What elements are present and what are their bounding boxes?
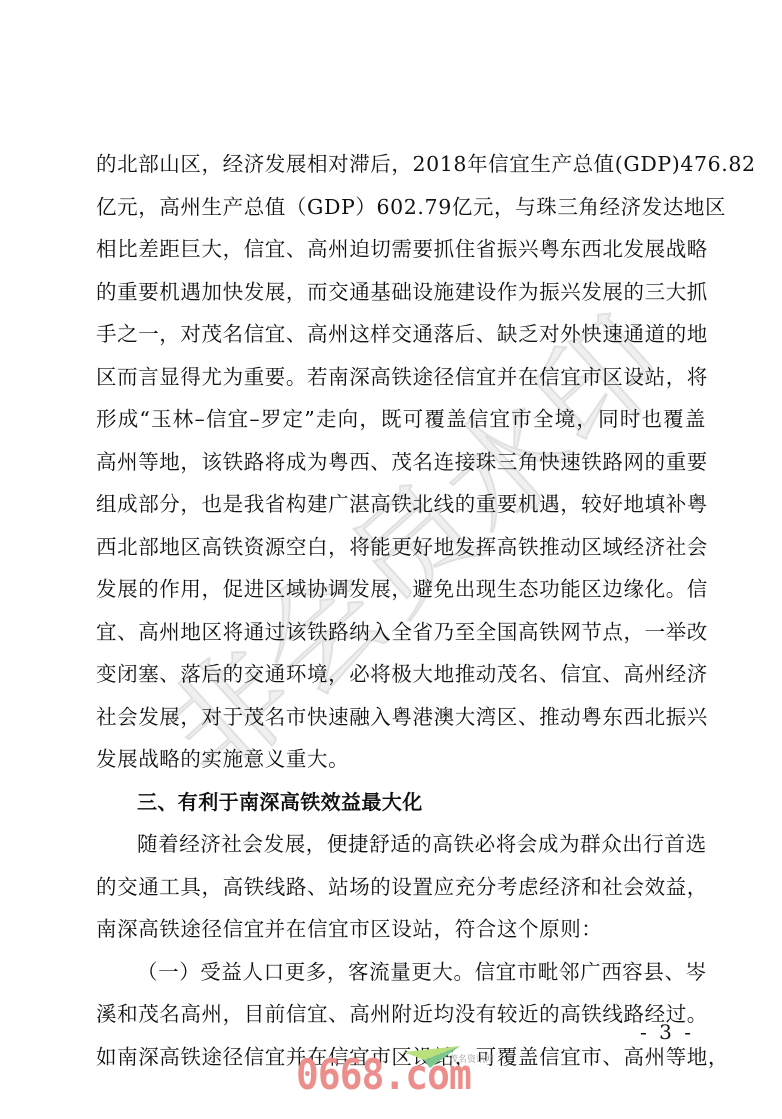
text-line: 溪和茂名高州，目前信宜、高州附近均没有较近的高铁线路经过。 [96, 993, 706, 1036]
text-line: 变闭塞、落后的交通环境，必将极大地推动茂名、信宜、高州经济 [96, 653, 706, 696]
text-line: 手之一，对茂名信宜、高州这样交通落后、缺乏对外快速通道的地 [96, 313, 706, 356]
text-line: 随着经济社会发展，便捷舒适的高铁必将会成为群众出行首选 [96, 823, 706, 866]
text-line: 发展的作用，促进区域协调发展，避免出现生态功能区边缘化。信 [96, 568, 706, 611]
text-line: （一）受益人口更多，客流量更大。信宜市毗邻广西容县、岑 [96, 951, 706, 994]
text-line: 组成部分，也是我省构建广湛高铁北线的重要机遇，较好地填补粤 [96, 483, 706, 526]
text-line: 宜、高州地区将通过该铁路纳入全省乃至全国高铁网节点，一举改 [96, 611, 706, 654]
text-line: 高州等地，该铁路将成为粤西、茂名连接珠三角快速铁路网的重要 [96, 441, 706, 484]
text-line: 社会发展，对于茂名市快速融入粤港澳大湾区、推动粤东西北振兴 [96, 696, 706, 739]
page-number: - 3 - [640, 1020, 694, 1044]
section-heading: 三、有利于南深高铁效益最大化 [96, 781, 706, 824]
text-line: 亿元，高州生产总值（GDP）602.79亿元，与珠三角经济发达地区 [96, 186, 706, 229]
text-line: 的交通工具，高铁线路、站场的设置应充分考虑经济和社会效益， [96, 866, 706, 909]
site-logo[interactable]: 0668.com 茂名资讯网 [296, 1050, 516, 1100]
text-line: 发展战略的实施意义重大。 [96, 738, 706, 781]
document-body: 的北部山区，经济发展相对滞后，2018年信宜生产总值(GDP)476.82 亿元… [96, 143, 706, 1078]
logo-text: 0668.com [296, 1052, 471, 1098]
text-line: 的重要机遇加快发展，而交通基础设施建设作为振兴发展的三大抓 [96, 271, 706, 314]
text-line: 南深高铁途径信宜并在信宜市区设站，符合这个原则： [96, 908, 706, 951]
text-line: 的北部山区，经济发展相对滞后，2018年信宜生产总值(GDP)476.82 [96, 143, 706, 186]
document-page: 非会员水印 的北部山区，经济发展相对滞后，2018年信宜生产总值(GDP)476… [0, 0, 782, 1119]
text-line: 区而言显得尤为重要。若南深高铁途径信宜并在信宜市区设站，将 [96, 356, 706, 399]
text-line: 西北部地区高铁资源空白，将能更好地发挥高铁推动区域经济社会 [96, 526, 706, 569]
text-line: 形成“玉林–信宜–罗定”走向，既可覆盖信宜市全境，同时也覆盖 [96, 398, 706, 441]
logo-subtitle: 茂名资讯网 [449, 1052, 494, 1065]
text-line: 相比差距巨大，信宜、高州迫切需要抓住省振兴粤东西北发展战略 [96, 228, 706, 271]
